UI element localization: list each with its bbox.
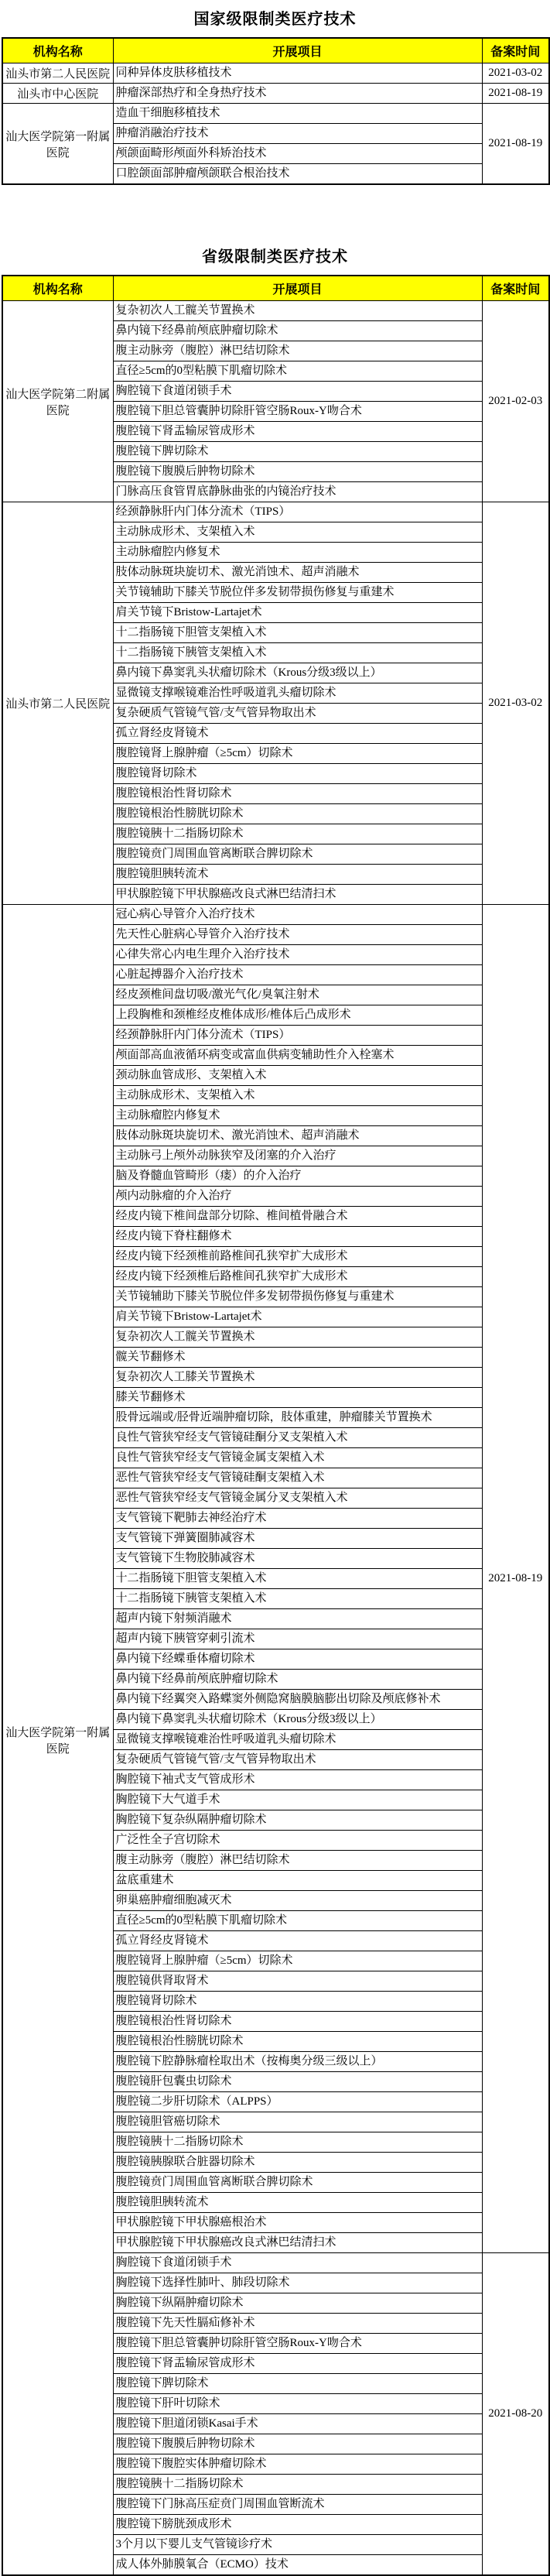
project-cell: 经皮颈椎间盘切吸/激光气化/臭氧注射术 <box>113 985 482 1005</box>
project-cell: 3个月以下婴儿支气管镜诊疗术 <box>113 2535 482 2555</box>
project-cell: 心律失常心内电生理介入治疗技术 <box>113 945 482 965</box>
project-cell: 鼻内镜下经鼻前颅底肿瘤切除术 <box>113 321 482 341</box>
date-cell: 2021-03-02 <box>482 502 549 905</box>
project-cell: 腹腔镜胆管癌切除术 <box>113 2112 482 2132</box>
project-cell: 股骨远端或/胫骨近端肿瘤切除，肢体重建，肿瘤膝关节置换术 <box>113 1408 482 1428</box>
project-row: 汕头市第二人民医院同种异体皮肤移植技术2021-03-02 <box>2 63 549 84</box>
project-cell: 肿瘤深部热疗和全身热疗技术 <box>113 84 482 104</box>
date-column-header: 备案时间 <box>482 276 549 301</box>
project-cell: 支气管镜下弹簧圈肺减容术 <box>113 1529 482 1549</box>
project-cell: 甲状腺腔镜下甲状腺癌根治术 <box>113 2213 482 2233</box>
org-cell: 汕头市第二人民医院 <box>2 63 113 84</box>
project-cell: 支气管镜下生物胶肺减容术 <box>113 1549 482 1569</box>
project-cell: 腹腔镜肝包囊虫切除术 <box>113 2072 482 2092</box>
project-cell: 腹腔镜胰十二指肠切除术 <box>113 2132 482 2153</box>
header-row: 机构名称开展项目备案时间 <box>2 38 549 63</box>
project-cell: 腹主动脉旁（腹腔）淋巴结切除术 <box>113 1851 482 1871</box>
project-cell: 主动脉成形术、支架植入术 <box>113 1086 482 1106</box>
project-row: 汕大医学院第二附属医院复杂初次人工髋关节置换术2021-02-03 <box>2 301 549 321</box>
header-row: 机构名称开展项目备案时间 <box>2 276 549 301</box>
project-cell: 腹腔镜胰十二指肠切除术 <box>113 2475 482 2495</box>
project-cell: 腹腔镜肾上腺肿瘤（≥5cm）切除术 <box>113 744 482 764</box>
project-cell: 冠心病心导管介入治疗技术 <box>113 905 482 925</box>
project-cell: 十二指肠镜下胆管支架植入术 <box>113 1569 482 1589</box>
national-restricted-technologies-table: 机构名称开展项目备案时间汕头市第二人民医院同种异体皮肤移植技术2021-03-0… <box>2 37 550 185</box>
project-cell: 胸腔镜下选择性肺叶、肺段切除术 <box>113 2273 482 2293</box>
project-row: 汕头市中心医院肿瘤深部热疗和全身热疗技术2021-08-19 <box>2 84 549 104</box>
project-cell: 恶性气管狭窄经支气管镜金属分叉支架植入术 <box>113 1488 482 1509</box>
project-cell: 鼻内镜下鼻窦乳头状瘤切除术（Krous分级3级以上） <box>113 1710 482 1730</box>
project-cell: 腹腔镜根治性肾切除术 <box>113 784 482 804</box>
project-cell: 心脏起搏器介入治疗技术 <box>113 965 482 985</box>
project-cell: 经颈静脉肝内门体分流术（TIPS） <box>113 1026 482 1046</box>
project-cell: 孤立肾经皮肾镜术 <box>113 724 482 744</box>
project-cell: 腹腔镜根治性膀胱切除术 <box>113 804 482 824</box>
project-cell: 鼻内镜下经蝶垂体瘤切除术 <box>113 1649 482 1670</box>
provincial-table-title: 省级限制类医疗技术 <box>0 244 550 266</box>
org-cell: 汕大医学院第一附属医院 <box>2 104 113 185</box>
project-cell: 腹腔镜胰腺联合脏器切除术 <box>113 2153 482 2173</box>
project-cell: 经皮内镜下脊柱翻修术 <box>113 1227 482 1247</box>
project-cell: 腹腔镜下肾盂输尿管成形术 <box>113 422 482 442</box>
project-cell: 卵巢癌肿瘤细胞减灭术 <box>113 1891 482 1911</box>
project-cell: 腹腔镜肾切除术 <box>113 1992 482 2012</box>
project-cell: 脑及脊髓血管畸形（瘘）的介入治疗 <box>113 1166 482 1187</box>
project-cell: 腹腔镜供肾取肾术 <box>113 1971 482 1992</box>
project-cell: 胸腔镜下纵隔肿瘤切除术 <box>113 2293 482 2314</box>
project-cell: 腹腔镜胆胰转流术 <box>113 2193 482 2213</box>
project-cell: 同种异体皮肤移植技术 <box>113 63 482 84</box>
project-cell: 鼻内镜下经鼻前颅底肿瘤切除术 <box>113 1670 482 1690</box>
project-cell: 腹腔镜下肝叶切除术 <box>113 2394 482 2414</box>
project-cell: 腹腔镜下门脉高压症贲门周围血管断流术 <box>113 2495 482 2515</box>
org-column-header: 机构名称 <box>2 276 113 301</box>
project-cell: 腹腔镜贲门周围血管离断联合脾切除术 <box>113 844 482 865</box>
project-cell: 孤立肾经皮肾镜术 <box>113 1931 482 1951</box>
project-cell: 腹腔镜下肾盂输尿管成形术 <box>113 2354 482 2374</box>
project-cell: 复杂初次人工髋关节置换术 <box>113 1327 482 1348</box>
project-cell: 主动脉瘤腔内修复术 <box>113 543 482 563</box>
project-cell: 盆底重建术 <box>113 1871 482 1891</box>
provincial-restricted-technologies-table: 机构名称开展项目备案时间汕大医学院第二附属医院复杂初次人工髋关节置换术2021-… <box>2 275 550 2576</box>
project-cell: 腹腔镜下腔静脉瘤栓取出术（按梅奥分级三级以上） <box>113 2052 482 2072</box>
project-cell: 关节镜辅助下膝关节脱位伴多发韧带损伤修复与重建术 <box>113 583 482 603</box>
project-cell: 腹腔镜根治性肾切除术 <box>113 2012 482 2032</box>
project-cell: 经皮内镜下椎间盘部分切除、椎间植骨融合术 <box>113 1207 482 1227</box>
project-cell: 腹腔镜肾上腺肿瘤（≥5cm）切除术 <box>113 1951 482 1971</box>
project-cell: 颈动脉血管成形、支架植入术 <box>113 1066 482 1086</box>
project-cell: 腹腔镜二步肝切除术（ALPPS） <box>113 2092 482 2112</box>
project-cell: 显微镜支撑喉镜难治性呼吸道乳头瘤切除术 <box>113 1730 482 1750</box>
project-cell: 良性气管狭窄经支气管镜硅酮分叉支架植入术 <box>113 1428 482 1448</box>
project-cell: 复杂硬质气管镜气管/支气管异物取出术 <box>113 704 482 724</box>
project-cell: 颅内动脉瘤的介入治疗 <box>113 1187 482 1207</box>
project-row: 汕头市第二人民医院经颈静脉肝内门体分流术（TIPS）2021-03-02 <box>2 502 549 522</box>
project-cell: 胸腔镜下大气道手术 <box>113 1790 482 1810</box>
project-cell: 广泛性全子宫切除术 <box>113 1831 482 1851</box>
org-cell: 汕大医学院第一附属医院 <box>2 905 113 2576</box>
project-cell: 腹腔镜下膀胱颈成形术 <box>113 2515 482 2535</box>
project-cell: 胸腔镜下食道闭锁手术 <box>113 2253 482 2273</box>
project-cell: 经皮内镜下经颈椎后路椎间孔狭窄扩大成形术 <box>113 1267 482 1287</box>
date-cell: 2021-08-19 <box>482 905 549 2253</box>
project-cell: 肩关节镜下Bristow-Lartajet术 <box>113 1307 482 1327</box>
date-cell: 2021-02-03 <box>482 301 549 502</box>
org-column-header: 机构名称 <box>2 38 113 63</box>
project-cell: 膝关节翻修术 <box>113 1388 482 1408</box>
project-cell: 成人体外肺膜氧合（ECMO）技术 <box>113 2555 482 2576</box>
projects-column-header: 开展项目 <box>113 38 482 63</box>
project-cell: 门脉高压食管胃底静脉曲张的内镜治疗技术 <box>113 482 482 502</box>
project-cell: 鼻内镜下经翼突入路蝶窦外侧隐窝脑膜脑膨出切除及颅底修补术 <box>113 1690 482 1710</box>
date-column-header: 备案时间 <box>482 38 549 63</box>
date-cell: 2021-08-20 <box>482 2253 549 2576</box>
national-table-title: 国家级限制类医疗技术 <box>0 6 550 29</box>
project-cell: 髋关节翻修术 <box>113 1348 482 1368</box>
project-cell: 复杂初次人工髋关节置换术 <box>113 301 482 321</box>
project-cell: 腹腔镜下先天性膈疝修补术 <box>113 2314 482 2334</box>
project-cell: 腹腔镜下脾切除术 <box>113 2374 482 2394</box>
project-cell: 腹腔镜下脾切除术 <box>113 442 482 462</box>
project-cell: 超声内镜下胰管穿刺引流术 <box>113 1629 482 1649</box>
org-cell: 汕头市第二人民医院 <box>2 502 113 905</box>
project-cell: 甲状腺腔镜下甲状腺癌改良式淋巴结清扫术 <box>113 2233 482 2253</box>
project-cell: 腹腔镜下腹膜后肿物切除术 <box>113 2434 482 2454</box>
project-cell: 腹腔镜下胆总管囊肿切除肝管空肠Roux-Y吻合术 <box>113 2334 482 2354</box>
project-cell: 腹腔镜下胆总管囊肿切除肝管空肠Roux-Y吻合术 <box>113 402 482 422</box>
project-cell: 复杂硬质气管镜气管/支气管异物取出术 <box>113 1750 482 1770</box>
project-cell: 腹腔镜下腹膜后肿物切除术 <box>113 462 482 482</box>
project-cell: 十二指肠镜下胰管支架植入术 <box>113 643 482 663</box>
project-cell: 上段胸椎和颈椎经皮椎体成形/椎体后凸成形术 <box>113 1005 482 1026</box>
project-cell: 主动脉瘤腔内修复术 <box>113 1106 482 1126</box>
projects-column-header: 开展项目 <box>113 276 482 301</box>
org-cell: 汕头市中心医院 <box>2 84 113 104</box>
project-cell: 经颈静脉肝内门体分流术（TIPS） <box>113 502 482 522</box>
project-cell: 腹主动脉旁（腹腔）淋巴结切除术 <box>113 341 482 361</box>
project-row: 汕大医学院第一附属医院造血干细胞移植技术2021-08-19 <box>2 104 549 124</box>
project-cell: 先天性心脏病心导管介入治疗技术 <box>113 925 482 945</box>
project-cell: 直径≥5cm的0型粘膜下肌瘤切除术 <box>113 1911 482 1931</box>
project-cell: 腹腔镜贲门周围血管离断联合脾切除术 <box>113 2173 482 2193</box>
date-cell: 2021-08-19 <box>482 104 549 185</box>
org-cell: 汕大医学院第二附属医院 <box>2 301 113 502</box>
project-cell: 主动脉成形术、支架植入术 <box>113 522 482 543</box>
project-cell: 经皮内镜下经颈椎前路椎间孔狭窄扩大成形术 <box>113 1247 482 1267</box>
project-cell: 腹腔镜下胆道闭锁Kasai手术 <box>113 2414 482 2434</box>
project-cell: 肢体动脉斑块旋切术、激光消蚀术、超声消融术 <box>113 563 482 583</box>
project-cell: 主动脉弓上颅外动脉狭窄及闭塞的介入治疗 <box>113 1146 482 1166</box>
project-cell: 支气管镜下靶肺去神经治疗术 <box>113 1509 482 1529</box>
project-cell: 十二指肠镜下胆管支架植入术 <box>113 623 482 643</box>
project-cell: 良性气管狭窄经支气管镜金属支架植入术 <box>113 1448 482 1468</box>
project-cell: 腹腔镜胰十二指肠切除术 <box>113 824 482 844</box>
project-row: 汕大医学院第一附属医院冠心病心导管介入治疗技术2021-08-19 <box>2 905 549 925</box>
project-cell: 十二指肠镜下胰管支架植入术 <box>113 1589 482 1609</box>
project-cell: 显微镜支撑喉镜难治性呼吸道乳头瘤切除术 <box>113 683 482 704</box>
project-cell: 腹腔镜胆胰转流术 <box>113 865 482 885</box>
project-cell: 颅颌面畸形颅面外科矫治技术 <box>113 144 482 164</box>
project-cell: 胸腔镜下袖式支气管成形术 <box>113 1770 482 1790</box>
project-cell: 腹腔镜下腹腔实体肿瘤切除术 <box>113 2454 482 2475</box>
project-cell: 肩关节镜下Bristow-Lartajet术 <box>113 603 482 623</box>
project-cell: 恶性气管狭窄经支气管镜硅酮支架植入术 <box>113 1468 482 1488</box>
date-cell: 2021-03-02 <box>482 63 549 84</box>
project-cell: 超声内镜下射频消融术 <box>113 1609 482 1629</box>
project-cell: 造血干细胞移植技术 <box>113 104 482 124</box>
project-cell: 直径≥5cm的0型粘膜下肌瘤切除术 <box>113 361 482 382</box>
project-cell: 胸腔镜下食道闭锁手术 <box>113 382 482 402</box>
project-cell: 肿瘤消融治疗技术 <box>113 124 482 144</box>
project-cell: 鼻内镜下鼻窦乳头状瘤切除术（Krous分级3级以上） <box>113 663 482 683</box>
project-cell: 颅面部高血液循环病变或富血供病变辅助性介入栓塞术 <box>113 1046 482 1066</box>
project-cell: 肢体动脉斑块旋切术、激光消蚀术、超声消融术 <box>113 1126 482 1146</box>
project-cell: 腹腔镜肾切除术 <box>113 764 482 784</box>
project-cell: 甲状腺腔镜下甲状腺癌改良式淋巴结清扫术 <box>113 885 482 905</box>
date-cell: 2021-08-19 <box>482 84 549 104</box>
project-cell: 关节镜辅助下膝关节脱位伴多发韧带损伤修复与重建术 <box>113 1287 482 1307</box>
project-cell: 复杂初次人工膝关节置换术 <box>113 1368 482 1388</box>
project-cell: 胸腔镜下复杂纵隔肿瘤切除术 <box>113 1810 482 1831</box>
project-cell: 口腔颌面部肿瘤颅颌联合根治技术 <box>113 164 482 185</box>
project-cell: 腹腔镜根治性膀胱切除术 <box>113 2032 482 2052</box>
